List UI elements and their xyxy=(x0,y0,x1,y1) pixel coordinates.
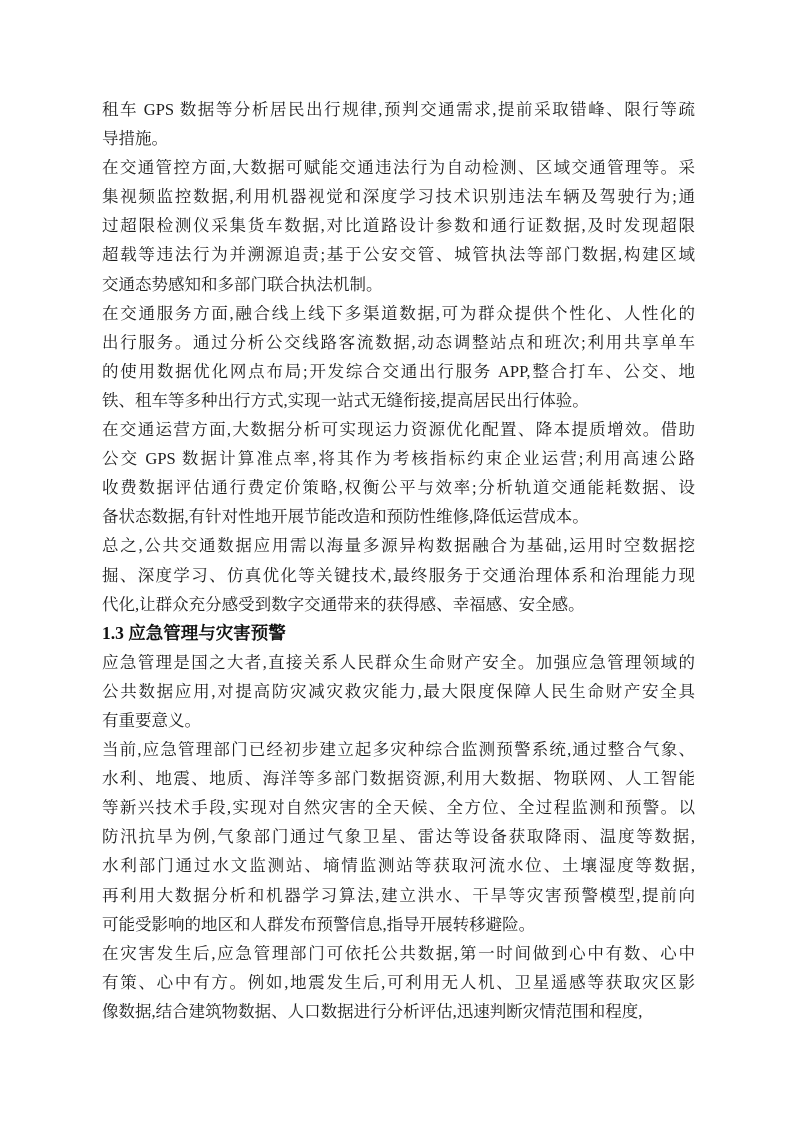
text-line: 代化,让群众充分感受到数字交通带来的获得感、幸福感、安全感。 xyxy=(102,590,695,619)
text-line: 交通态势感知和多部门联合执法机制。 xyxy=(102,270,695,299)
text-line: 可能受影响的地区和人群发布预警信息,指导开展转移避险。 xyxy=(102,910,695,939)
text-line: 集视频监控数据,利用机器视觉和深度学习技术识别违法车辆及驾驶行为;通 xyxy=(102,182,695,211)
text-line: 当前,应急管理部门已经初步建立起多灾种综合监测预警系统,通过整合气象、 xyxy=(102,735,695,764)
text-line: 在灾害发生后,应急管理部门可依托公共数据,第一时间做到心中有数、心中 xyxy=(102,939,695,968)
text-block: 租车 GPS 数据等分析居民出行规律,预判交通需求,提前采取错峰、限行等疏导措施… xyxy=(102,95,695,1026)
text-line: 有重要意义。 xyxy=(102,706,695,735)
text-line: 水利部门通过水文监测站、墒情监测站等获取河流水位、土壤湿度等数据, xyxy=(102,851,695,880)
section-heading: 1.3 应急管理与灾害预警 xyxy=(102,619,695,648)
text-line: 总之,公共交通数据应用需以海量多源异构数据融合为基础,运用时空数据挖 xyxy=(102,531,695,560)
text-line: 等新兴技术手段,实现对自然灾害的全天候、全方位、全过程监测和预警。以 xyxy=(102,793,695,822)
text-line: 在交通服务方面,融合线上线下多渠道数据,可为群众提供个性化、人性化的 xyxy=(102,299,695,328)
text-line: 有策、心中有方。例如,地震发生后,可利用无人机、卫星遥感等获取灾区影 xyxy=(102,968,695,997)
text-line: 像数据,结合建筑物数据、人口数据进行分析评估,迅速判断灾情范围和程度, xyxy=(102,997,695,1026)
text-line: 再利用大数据分析和机器学习算法,建立洪水、干旱等灾害预警模型,提前向 xyxy=(102,881,695,910)
text-line: 防汛抗旱为例,气象部门通过气象卫星、雷达等设备获取降雨、温度等数据, xyxy=(102,822,695,851)
text-line: 的使用数据优化网点布局;开发综合交通出行服务 APP,整合打车、公交、地 xyxy=(102,357,695,386)
text-line: 备状态数据,有针对性地开展节能改造和预防性维修,降低运营成本。 xyxy=(102,502,695,531)
text-line: 铁、租车等多种出行方式,实现一站式无缝衔接,提高居民出行体验。 xyxy=(102,386,695,415)
text-line: 应急管理是国之大者,直接关系人民群众生命财产安全。加强应急管理领域的 xyxy=(102,648,695,677)
text-line: 租车 GPS 数据等分析居民出行规律,预判交通需求,提前采取错峰、限行等疏 xyxy=(102,95,695,124)
text-line: 收费数据评估通行费定价策略,权衡公平与效率;分析轨道交通能耗数据、设 xyxy=(102,473,695,502)
text-line: 导措施。 xyxy=(102,124,695,153)
text-line: 超载等违法行为并溯源追责;基于公安交管、城管执法等部门数据,构建区域 xyxy=(102,240,695,269)
text-line: 过超限检测仪采集货车数据,对比道路设计参数和通行证数据,及时发现超限 xyxy=(102,211,695,240)
text-line: 公共数据应用,对提高防灾减灾救灾能力,最大限度保障人民生命财产安全具 xyxy=(102,677,695,706)
text-line: 公交 GPS 数据计算准点率,将其作为考核指标约束企业运营;利用高速公路 xyxy=(102,444,695,473)
text-line: 在交通运营方面,大数据分析可实现运力资源优化配置、降本提质增效。借助 xyxy=(102,415,695,444)
text-line: 水利、地震、地质、海洋等多部门数据资源,利用大数据、物联网、人工智能 xyxy=(102,764,695,793)
text-line: 掘、深度学习、仿真优化等关键技术,最终服务于交通治理体系和治理能力现 xyxy=(102,561,695,590)
text-line: 在交通管控方面,大数据可赋能交通违法行为自动检测、区域交通管理等。采 xyxy=(102,153,695,182)
text-line: 出行服务。通过分析公交线路客流数据,动态调整站点和班次;利用共享单车 xyxy=(102,328,695,357)
document-page: 租车 GPS 数据等分析居民出行规律,预判交通需求,提前采取错峰、限行等疏导措施… xyxy=(0,0,793,1122)
